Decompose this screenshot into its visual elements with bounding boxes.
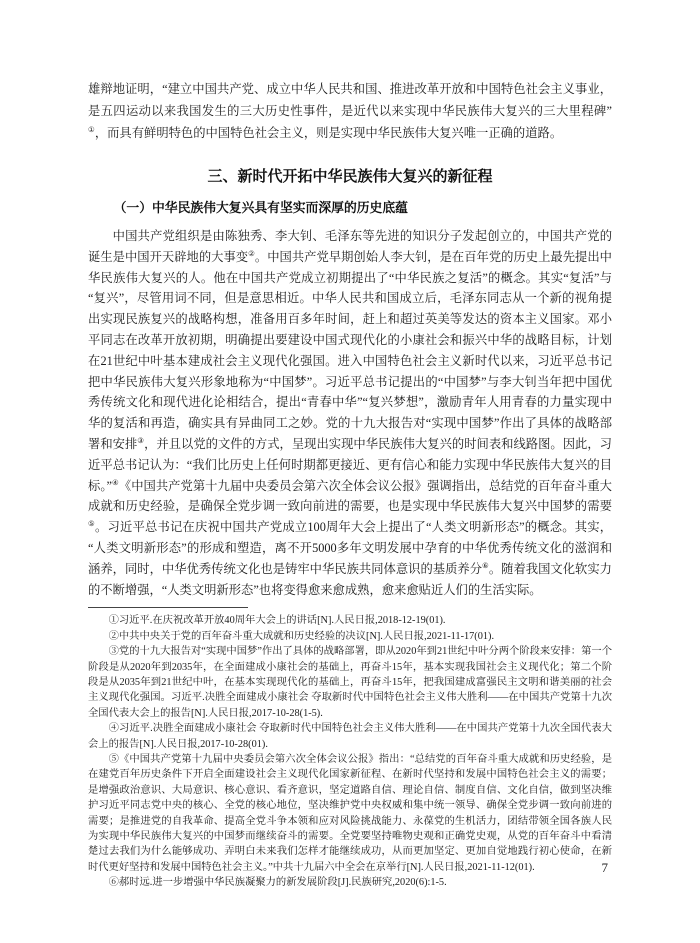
footnote-2: ②中共中央关于党的百年奋斗重大成就和历史经验的决议[N].人民日报,2021-1… xyxy=(88,629,612,644)
intro-paragraph: 雄辩地证明，“建立中国共产党、成立中华人民共和国、推进改革开放和中国特色社会主义… xyxy=(88,78,612,144)
body-text: 《中国共产党第十九届中央委员会第六次全体会议公报》强调指出，总结党的百年奋斗重大… xyxy=(88,479,612,514)
document-page: 雄辩地证明，“建立中国共产党、成立中华人民共和国、推进改革开放和中国特色社会主义… xyxy=(0,0,700,943)
footnote-3: ③党的十九大报告对“实现中国梦”作出了具体的战略部署，即从2020年到21世纪中… xyxy=(88,644,612,721)
footnote-5: ⑤《中国共产党第十九届中央委员会第六次全体会议公报》指出：“总结党的百年奋斗重大… xyxy=(88,752,612,875)
page-number: 7 xyxy=(602,860,609,876)
subsection-heading: （一）中华民族伟大复兴具有坚实而深厚的历史底蕴 xyxy=(88,199,612,217)
footnote-ref-4: ④ xyxy=(112,477,119,486)
footnote-4: ④习近平.决胜全面建成小康社会 夺取新时代中国特色社会主义伟大胜利——在中国共产… xyxy=(88,721,612,752)
footnote-1: ①习近平.在庆祝改革开放40周年大会上的讲话[N].人民日报,2018-12-1… xyxy=(88,613,612,628)
footnotes-block: ①习近平.在庆祝改革开放40周年大会上的讲话[N].人民日报,2018-12-1… xyxy=(88,613,612,890)
footnote-ref-2: ② xyxy=(248,249,255,258)
footnote-6: ⑥郝时远.进一步增强中华民族凝聚力的新发展阶段[J].民族研究,2020(6):… xyxy=(88,875,612,890)
intro-text: ，而具有鲜明特色的中国特色社会主义，则是实现中华民族伟大复兴唯一正确的道路。 xyxy=(95,126,562,140)
page-content: 雄辩地证明，“建立中国共产党、成立中华人民共和国、推进改革开放和中国特色社会主义… xyxy=(88,78,612,891)
section-heading: 三、新时代开拓中华民族伟大复兴的新征程 xyxy=(88,167,612,187)
body-paragraph: 中国共产党组织是由陈独秀、李大钊、毛泽东等先进的知识分子发起创立的，中国共产党的… xyxy=(88,226,612,600)
footnote-separator xyxy=(88,607,248,608)
body-text: 。中国共产党早期创始人李大钊，是在百年党的历史上最先提出中华民族伟大复兴的人。他… xyxy=(88,250,612,451)
footnote-ref-5: ⑤ xyxy=(88,519,95,528)
footnote-ref-1: ① xyxy=(88,125,95,134)
intro-text: 雄辩地证明，“建立中国共产党、成立中华人民共和国、推进改革开放和中国特色社会主义… xyxy=(88,82,612,118)
footnote-ref-6: ⑥ xyxy=(482,561,489,570)
